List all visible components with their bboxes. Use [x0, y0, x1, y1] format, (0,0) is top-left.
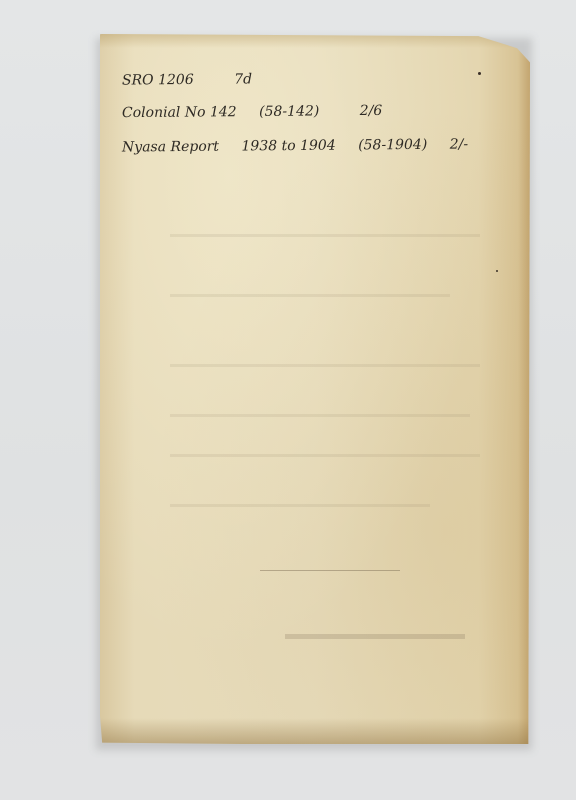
- paper-top-edge: [100, 34, 530, 48]
- showthrough-footer-text: [285, 634, 465, 639]
- note-years: 1938 to 1904: [241, 138, 335, 155]
- note-title: Nyasa Report: [122, 139, 219, 156]
- paper-speck: [496, 270, 498, 272]
- note-ref: SRO 1206: [122, 72, 194, 89]
- showthrough-text: [170, 414, 470, 417]
- showthrough-text: [170, 234, 480, 237]
- showthrough-text: [170, 364, 480, 367]
- showthrough-text: [170, 294, 450, 297]
- paper-bottom-edge-worn: [100, 718, 530, 744]
- showthrough-text: [170, 454, 480, 457]
- note-title: Colonial No 142: [122, 104, 237, 121]
- note-price: 2/-: [450, 136, 468, 152]
- paper-right-edge: [518, 34, 530, 744]
- document-sheet: SRO 1206 7d Colonial No 142 (58-142) 2/6…: [100, 34, 530, 744]
- note-range: (58-142): [259, 103, 319, 120]
- note-line-1: SRO 1206 7d: [122, 71, 252, 88]
- note-line-3: Nyasa Report 1938 to 1904 (58-1904) 2/-: [122, 136, 468, 155]
- note-price: 7d: [234, 71, 252, 87]
- paper-speck: [478, 72, 481, 75]
- showthrough-text: [170, 504, 430, 507]
- note-price: 2/6: [360, 103, 383, 119]
- horizontal-rule: [260, 570, 400, 571]
- note-range: (58-1904): [358, 137, 427, 154]
- note-line-2: Colonial No 142 (58-142) 2/6: [122, 103, 382, 121]
